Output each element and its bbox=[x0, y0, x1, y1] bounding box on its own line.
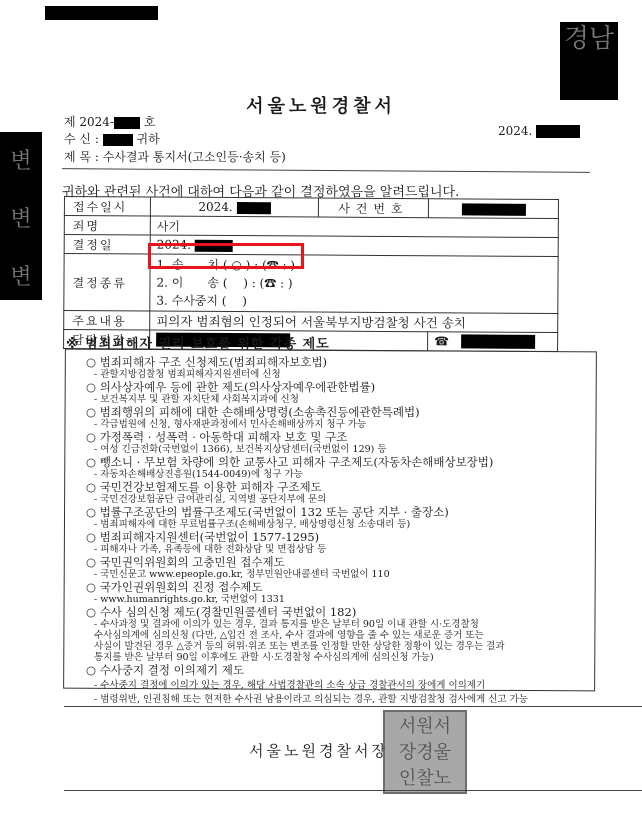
redaction bbox=[461, 335, 535, 349]
left-index-tab: 변 변 변 bbox=[0, 132, 42, 300]
highlight-box bbox=[148, 243, 304, 269]
document-number: 제 2024- 호 bbox=[64, 113, 155, 130]
charge-label: 죄명 bbox=[64, 216, 150, 236]
rights-item-detail: - 수사과정 및 결과에 이의가 있는 경우, 결과 통지를 받은 날부터 90… bbox=[86, 619, 626, 630]
rights-item-detail: - 피해자나 가족, 유족등에 대한 전화상담 및 면접상담 등 bbox=[86, 544, 626, 555]
rights-item-detail: - 여성 긴급전화(국번없이 1366), 보건복지상담센터(국번없이 129)… bbox=[86, 444, 626, 455]
rights-item: ○ 범죄피해자 구조 신청제도(범죄피해자보호법)- 관할지방검찰청 범죄피해자… bbox=[86, 356, 626, 380]
subject: 제 목 : 수사결과 통지서(고소인등·송치 등) bbox=[64, 148, 286, 165]
rights-item-detail: - 범죄피해자에 대한 무료법률구조(손해배상청구, 배상명령신청 소송대리 등… bbox=[86, 519, 626, 530]
official-seal: 서원서장경울인찰노 bbox=[383, 710, 467, 794]
option-transfer: 2. 이 송 ( ) : (☎ : ) bbox=[156, 274, 551, 294]
redaction bbox=[536, 125, 580, 138]
rights-item-title: ○ 범죄피해자 구조 신청제도(범죄피해자보호법) bbox=[86, 356, 626, 369]
rights-item-title: ○ 의사상자예우 등에 관한 제도(의사상자예우에관한법률) bbox=[86, 381, 626, 394]
rights-item-title: ○ 국민권익위원회의 고충민원 접수제도 bbox=[86, 556, 626, 569]
recipient: 수 신 : 귀하 bbox=[64, 130, 160, 147]
rights-item-detail: 수사심의계에 심의신청 (다만, △입건 전 조사, 수사 결과에 영향을 줄 … bbox=[86, 630, 626, 641]
redaction-bar bbox=[45, 6, 158, 20]
rights-item-title: ○ 수사중지 결정 이의제기 제도 bbox=[86, 664, 626, 677]
rights-item-detail: - 수사중지 결정에 이의가 있는 경우, 해당 사법경찰관의 소속 상급 경찰… bbox=[86, 680, 626, 691]
receipt-value: 2024. bbox=[150, 197, 318, 217]
redaction bbox=[236, 202, 270, 214]
rights-item-detail: 통지를 받은 날부터 90일 이후에도 관할 시·도경찰청 수사심의계에 심의신… bbox=[86, 652, 626, 663]
rights-item: ○ 국민건강보험제도를 이용한 피해자 구조제도- 국민건강보험공단 급여관리실… bbox=[86, 481, 626, 505]
charge-value: 사기 bbox=[150, 216, 558, 237]
case-no-value bbox=[428, 199, 558, 219]
rights-item-title: ○ 범죄피해자지원센터(국번없이 1577-1295) bbox=[86, 531, 626, 544]
redaction bbox=[114, 117, 140, 129]
corner-badge: 경남 bbox=[560, 22, 618, 100]
case-info-table: 접수일시 2024. 사건번호 죄명 사기 결정일 2024. 결정종류 1. … bbox=[63, 196, 559, 352]
option-suspension: 3. 수사중지 ( ) bbox=[156, 292, 551, 312]
rights-item: ○ 의사상자예우 등에 관한 제도(의사상자예우에관한법률)- 보건복지부 및 … bbox=[86, 381, 626, 405]
rights-item: ○ 뺑소니 · 무보험 차량에 의한 교통사고 피해자 구조제도(자동차손해배상… bbox=[86, 456, 626, 480]
rights-item: ○ 국가인권위원회의 진정 접수제도- www.humanrights.go.k… bbox=[86, 581, 626, 605]
rights-item-detail: - 각급법원에 신청, 형사재판과정에서 민사손해배상까지 청구 가능 bbox=[86, 419, 626, 430]
rights-item-title: ○ 가정폭력 · 성폭력 · 아동학대 피해자 보호 및 구조 bbox=[86, 431, 626, 444]
rights-item: ○ 수사중지 결정 이의제기 제도- 수사중지 결정에 이의가 있는 경우, 해… bbox=[86, 664, 626, 705]
rights-item-detail: - 국민신문고 www.epeople.go.kr, 정부민원안내콜센터 국번없… bbox=[86, 569, 626, 580]
redaction bbox=[103, 134, 133, 146]
rights-item-title: ○ 범죄행위의 피해에 대한 손해배상명령(소송촉진등에관한특례법) bbox=[86, 406, 626, 419]
receipt-label: 접수일시 bbox=[64, 197, 150, 217]
tab-label: 변 bbox=[0, 142, 42, 190]
rights-item-title: ○ 수사 심의신청 제도(경찰민원콜센터 국번없이 182) bbox=[86, 606, 626, 619]
rights-item: ○ 가정폭력 · 성폭력 · 아동학대 피해자 보호 및 구조- 여성 긴급전화… bbox=[86, 431, 626, 455]
rights-item-detail: - www.humanrights.go.kr, 국번없이 1331 bbox=[86, 594, 626, 605]
rights-item-title: ○ 뺑소니 · 무보험 차량에 의한 교통사고 피해자 구조제도(자동차손해배상… bbox=[86, 456, 626, 469]
rights-list: ○ 범죄피해자 구조 신청제도(범죄피해자보호법)- 관할지방검찰청 범죄피해자… bbox=[86, 356, 626, 706]
case-no-label: 사건번호 bbox=[318, 198, 428, 218]
rights-item: ○ 수사 심의신청 제도(경찰민원콜센터 국번없이 182)- 수사과정 및 결… bbox=[86, 606, 626, 663]
divider bbox=[62, 168, 590, 173]
rights-item: ○ 범죄행위의 피해에 대한 손해배상명령(소송촉진등에관한특례법)- 각급법원… bbox=[86, 406, 626, 430]
seal-text: 서원서장경울인찰노 bbox=[385, 714, 465, 792]
summary-label: 주요내용 bbox=[64, 311, 150, 331]
tab-label: 변 bbox=[0, 200, 42, 248]
decision-type-label: 결정종류 bbox=[64, 254, 150, 312]
officer-phone: ☎ bbox=[428, 332, 558, 352]
rights-item-detail: - 관할지방검찰청 범죄피해자지원센터에 신청 bbox=[86, 369, 626, 380]
rights-item-detail: - 국민건강보험공단 급여관리실, 지역별 공단지부에 문의 bbox=[86, 494, 626, 505]
signature: 서울노원경찰서장 bbox=[249, 740, 389, 761]
rights-item-title: ○ 국민건강보험제도를 이용한 피해자 구조제도 bbox=[86, 481, 626, 494]
redaction bbox=[461, 203, 525, 215]
rights-item: ○ 법률구조공단의 법률구조제도(국번없이 132 또는 공단 지부 · 출장소… bbox=[86, 506, 626, 530]
rights-item-title: ○ 법률구조공단의 법률구조제도(국번없이 132 또는 공단 지부 · 출장소… bbox=[86, 506, 626, 519]
rights-item: ○ 범죄피해자지원센터(국번없이 1577-1295)- 피해자나 가족, 유족… bbox=[86, 531, 626, 555]
tab-label: 변 bbox=[0, 258, 42, 306]
summary-value: 피의자 범죄혐의 인정되어 서울북부지방검찰청 사건 송치 bbox=[150, 311, 558, 332]
divider bbox=[64, 790, 642, 791]
rights-item-detail: - 범령위반, 인권침해 또는 현저한 수사권 남용이라고 의심되는 경우, 관… bbox=[86, 694, 626, 705]
phone-icon: ☎ bbox=[434, 334, 449, 348]
rights-item-title: ○ 국가인권위원회의 진정 접수제도 bbox=[86, 581, 626, 594]
rights-item: ○ 국민권익위원회의 고충민원 접수제도- 국민신문고 www.epeople.… bbox=[86, 556, 626, 580]
rights-item-detail: 사실이 발견된 경우 △증거 등의 허위·위조 또는 변조를 인정할 만한 상당… bbox=[86, 641, 626, 652]
rights-item-detail: - 자동차손해배상진흥원(1544-0049)에 청구 가능 bbox=[86, 469, 626, 480]
divider bbox=[64, 706, 642, 707]
decision-date-label: 결정일 bbox=[64, 235, 150, 255]
document-date: 2024. bbox=[498, 124, 580, 138]
rights-item-detail: - 보건복지부 및 관할 자치단체 사회복지과에 신청 bbox=[86, 394, 626, 405]
